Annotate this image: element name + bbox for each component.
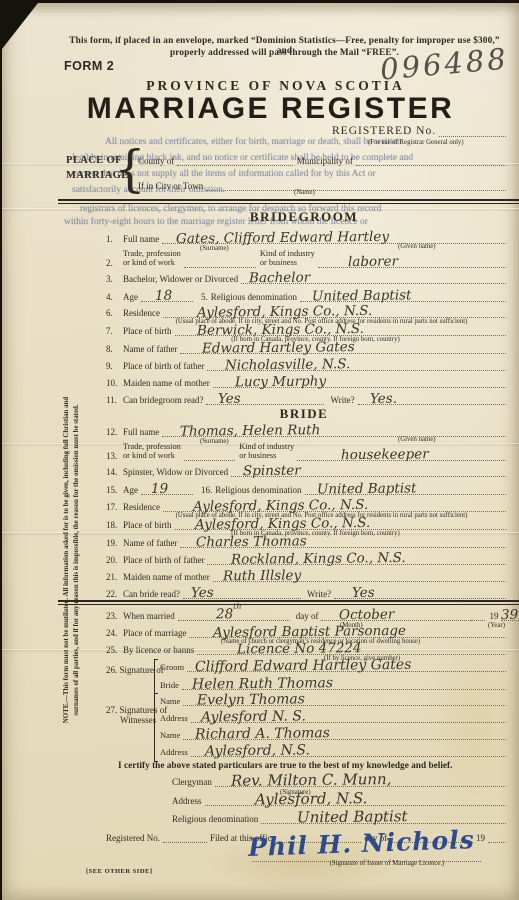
field-bride-residence: 17. Residence Aylesford, Kings Co., N.S.: [106, 499, 506, 512]
field-religious-denomination: Religious denomination United Baptist: [172, 811, 506, 824]
handwritten-value: Aylesford, N.S.: [191, 742, 310, 759]
year-prefix: 19: [473, 833, 488, 843]
field-number: 1.: [106, 234, 123, 244]
field-label: Place of birth of father: [123, 555, 207, 565]
field-groom-trade: 2. Trade, profession or kind of work Kin…: [106, 249, 506, 268]
clergyman-label: Clergyman: [172, 777, 215, 787]
field-number: 24.: [106, 628, 123, 638]
field-line: United Baptist: [300, 285, 506, 302]
field-licence-or-banns: 25. By licence or banns Licence No 47224: [106, 642, 506, 655]
field-line: [184, 460, 235, 461]
field-line: Yes: [206, 388, 324, 405]
handwritten-value: Yes: [334, 584, 375, 600]
field-label: Residence: [123, 308, 163, 318]
field-label: Name of father: [123, 344, 180, 354]
field-number: 18.: [106, 520, 123, 530]
field-number: 12.: [106, 427, 123, 437]
handwritten-value: Spinster: [231, 462, 301, 479]
section-rule: [58, 199, 519, 204]
field-label: Maiden name of mother: [123, 572, 213, 582]
field-label: Age: [123, 292, 141, 302]
field-line: Aylesford Baptist Parsonage: [189, 621, 506, 638]
field-witness1-name: Name Evelyn Thomas: [160, 693, 506, 706]
handwritten-value: Yes: [206, 390, 241, 406]
field-line: Rockland, Kings Co., N.S.: [207, 548, 506, 565]
field-label: When married: [123, 611, 178, 621]
field-label: Religious denomination: [215, 485, 304, 495]
field-blank: [488, 842, 506, 843]
form-number-label: FORM 2: [64, 59, 114, 73]
field-number: 10.: [106, 378, 123, 388]
field-number: 21.: [106, 572, 123, 582]
field-number: 19.: [106, 538, 123, 548]
field-line: United Baptist: [305, 478, 507, 495]
bride-label: Bride: [160, 680, 182, 690]
field-clergyman: Clergyman Rev. Milton C. Munn,: [172, 774, 506, 787]
address-label: Address: [172, 796, 205, 806]
field-line: Yes.: [358, 388, 506, 405]
field-label: Can bridegroom read?: [123, 395, 206, 405]
field-line: Yes: [334, 582, 506, 599]
field-bride-birthplace: 18. Place of birth Aylesford, Kings Co.,…: [106, 517, 506, 530]
field-number: 16.: [193, 485, 215, 495]
field-groom-signature: Groom Clifford Edward Hartley Gates: [160, 659, 506, 672]
label-line: or kind of work: [123, 452, 181, 461]
field-label: Bachelor, Widower or Divorced: [123, 274, 241, 284]
field-label: Residence: [123, 502, 163, 512]
handwritten-value: United Baptist: [261, 807, 408, 827]
witnesses-label: 27. Signatures of: [106, 705, 167, 715]
marriage-register-form: All notices and certificates, either for…: [2, 3, 519, 900]
municipality-label: Municipality of: [293, 156, 356, 166]
field-line: Thomas, Helen Ruth: [162, 420, 506, 437]
field-groom-marital-status: 3. Bachelor, Widower or Divorced Bachelo…: [106, 271, 506, 284]
field-number: 13.: [106, 451, 123, 461]
field-line: Aylesford, Kings Co., N.S.: [175, 513, 507, 530]
margin-note: NOTE.—This form must not be mutilated. A…: [62, 325, 82, 795]
field-line: 19: [141, 478, 193, 495]
field-groom-birthplace: 7. Place of birth Berwick, Kings Co., N.…: [106, 323, 506, 336]
field-line: Aylesford, N.S.: [205, 787, 507, 806]
see-other-side-label: [SEE OTHER SIDE]: [86, 868, 153, 875]
field-number: 9.: [106, 361, 123, 371]
field-line: Clifford Edward Hartley Gates: [187, 655, 506, 672]
field-line: Berwick, Kings Co., N.S.: [175, 319, 507, 336]
field-label: Trade, profession or kind of work: [123, 250, 184, 268]
witnesses-bracket: [154, 693, 158, 762]
name-caption: (Name): [294, 189, 315, 196]
field-number: 7.: [106, 326, 123, 336]
field-number: 17.: [106, 502, 123, 512]
field-number: 11.: [106, 395, 123, 405]
document-title: MARRIAGE REGISTER: [32, 92, 509, 126]
field-groom-literacy: 11. Can bridegroom read? Yes Write? Yes.: [106, 392, 506, 405]
field-groom-father-birthplace: 9. Place of birth of father Nicholasvill…: [106, 358, 506, 371]
field-blank: [163, 842, 207, 843]
field-line: laborer: [318, 251, 506, 268]
city-line: If in City or Town: [138, 178, 506, 191]
field-witness1-address: Address Aylesford N. S.: [160, 710, 506, 723]
issuer-signature-caption: (Signature of Issuer of Marriage Licence…: [302, 860, 472, 867]
field-line: 28th: [178, 604, 290, 622]
field-line: Richard A. Thomas: [183, 723, 506, 740]
field-label: Can bride read?: [123, 589, 183, 599]
field-label: Place of birth: [123, 326, 175, 336]
margin-note-line1: NOTE.—This form must not be mutilated. A…: [62, 325, 72, 795]
field-label: Kind of industry or business: [235, 443, 297, 461]
county-line: County of Municipality of: [138, 153, 506, 166]
field-when-married: 23. When married 28th day of October 19 …: [106, 608, 506, 621]
field-line: United Baptist: [261, 805, 506, 824]
handwritten-value: Yes: [183, 584, 214, 600]
field-label: By licence or banns: [123, 645, 197, 655]
signature-bracket: [154, 659, 158, 694]
field-label: Full name: [123, 427, 162, 437]
field-line: housekeeper: [297, 444, 506, 461]
field-line: Helen Ruth Thomas: [182, 673, 506, 690]
field-line: Nicholasville, N.S.: [207, 354, 506, 371]
registered-label: Registered No.: [106, 833, 163, 843]
field-label: Kind of industry or business: [256, 250, 318, 268]
field-witness2-address: Address Aylesford, N.S.: [160, 744, 506, 757]
year-prefix: 19: [485, 611, 501, 621]
field-line: Licence No 47224: [197, 638, 506, 655]
field-line: Evelyn Thomas: [183, 689, 506, 706]
margin-note-line2: surnames of all parties, and if for any …: [72, 325, 82, 795]
handwritten-value: Yes.: [358, 390, 397, 406]
municipality-blank: [356, 165, 506, 166]
field-line: Aylesford, Kings Co., N.S.: [163, 495, 506, 512]
handwritten-value: Thomas, Helen Ruth: [162, 422, 320, 440]
field-bride-literacy: 22. Can bride read? Yes Write? Yes: [106, 586, 506, 599]
field-label: Trade, profession or kind of work: [123, 443, 184, 461]
field-bride-trade: 13. Trade, profession or kind of work Ki…: [106, 442, 506, 461]
field-number: 2.: [106, 258, 123, 268]
address-label: Address: [160, 747, 191, 757]
field-bride-father-birthplace: 20. Place of birth of father Rockland, K…: [106, 552, 506, 565]
name-label: Name: [160, 696, 183, 706]
field-bride-mother-maiden-name: 21. Maiden name of mother Ruth Illsley: [106, 569, 506, 582]
field-number: 23.: [106, 611, 123, 621]
county-label: County of: [138, 156, 177, 166]
handwritten-signature: Clifford Edward Hartley Gates: [187, 656, 412, 674]
registered-no-caption: (For use of Registrar General only): [368, 139, 464, 146]
registered-no-line: REGISTERED No.: [332, 124, 506, 137]
field-number: 25.: [106, 645, 123, 655]
field-line: Aylesford, Kings Co., N.S.: [163, 301, 506, 318]
field-number: 22.: [106, 589, 123, 599]
field-line: 39: [501, 604, 519, 621]
field-line: Bachelor: [241, 267, 506, 284]
city-blank: [206, 190, 506, 191]
groom-label: Groom: [160, 662, 187, 672]
name-label: Name: [160, 730, 183, 740]
field-number: 8.: [106, 344, 123, 354]
field-label: Place of birth: [123, 520, 175, 530]
field-label: Write?: [301, 589, 334, 599]
field-number: 15.: [106, 485, 123, 495]
field-line: Lucy Murphy: [213, 371, 506, 388]
field-number: 14.: [106, 467, 123, 477]
field-line: 18: [141, 285, 193, 302]
handwritten-value: Bachelor: [241, 269, 310, 286]
day-value: 28: [216, 606, 233, 622]
field-label: Full name: [123, 234, 162, 244]
field-line: Aylesford N. S.: [191, 706, 506, 723]
field-place-of-marriage: 24. Place of marriage Aylesford Baptist …: [106, 625, 506, 638]
field-line: Rev. Milton C. Munn,: [215, 768, 506, 787]
field-bride-marital-status: 14. Spinster, Widow or Divorced Spinster: [106, 464, 506, 477]
county-blank: [177, 165, 292, 166]
field-line: Spinster: [231, 460, 506, 477]
field-bride-age-denomination: 15. Age 19 16. Religious denomination Un…: [106, 482, 506, 495]
bridegroom-heading: BRIDEGROOM: [102, 209, 506, 225]
field-line: Yes: [183, 582, 301, 599]
field-label: Place of marriage: [123, 628, 189, 638]
bleed-through-text: All notices and certificates, either for…: [105, 137, 402, 147]
field-label: Write?: [324, 395, 357, 405]
handwritten-value: Gates, Clifford Edward Hartley: [162, 228, 389, 246]
field-label: Place of birth of father: [123, 361, 207, 371]
field-label: Age: [123, 485, 141, 495]
field-label: day of: [290, 611, 322, 621]
witnesses-label: Witnesses: [120, 715, 156, 725]
day-ordinal: th: [233, 602, 241, 611]
field-line: October: [321, 604, 471, 621]
address-label: Address: [160, 713, 191, 723]
field-line: Charles Thomas: [180, 531, 506, 548]
field-line: Ruth Illsley: [213, 565, 506, 582]
field-label: Maiden name of mother: [123, 378, 213, 388]
field-number: 20.: [106, 555, 123, 565]
field-groom-full-name: 1. Full name Gates, Clifford Edward Hart…: [106, 231, 506, 244]
registered-no-blank: [439, 136, 506, 137]
label-line: or kind of work: [123, 259, 181, 268]
field-label: Name of father: [123, 538, 180, 548]
field-line: Edward Hartley Gates: [180, 337, 506, 354]
city-label: If in City or Town: [138, 181, 206, 191]
field-groom-mother-maiden-name: 10. Maiden name of mother Lucy Murphy: [106, 375, 506, 388]
denomination-label: Religious denomination: [172, 814, 261, 824]
field-groom-residence: 6. Residence Aylesford, Kings Co., N.S.: [106, 305, 506, 318]
field-number: 6.: [106, 308, 123, 318]
field-line: Aylesford, N.S.: [191, 740, 506, 757]
field-bride-father-name: 19. Name of father Charles Thomas: [106, 535, 506, 548]
registered-no-label: REGISTERED No.: [332, 125, 439, 137]
field-number: 4.: [106, 292, 123, 302]
field-line: Gates, Clifford Edward Hartley: [162, 227, 506, 244]
field-witness2-name: Name Richard A. Thomas: [160, 727, 506, 740]
field-bride-full-name: 12. Full name Thomas, Helen Ruth: [106, 424, 506, 437]
field-number: 3.: [106, 274, 123, 284]
field-label: Spinster, Widow or Divorced: [123, 467, 231, 477]
field-groom-father-name: 8. Name of father Edward Hartley Gates: [106, 341, 506, 354]
